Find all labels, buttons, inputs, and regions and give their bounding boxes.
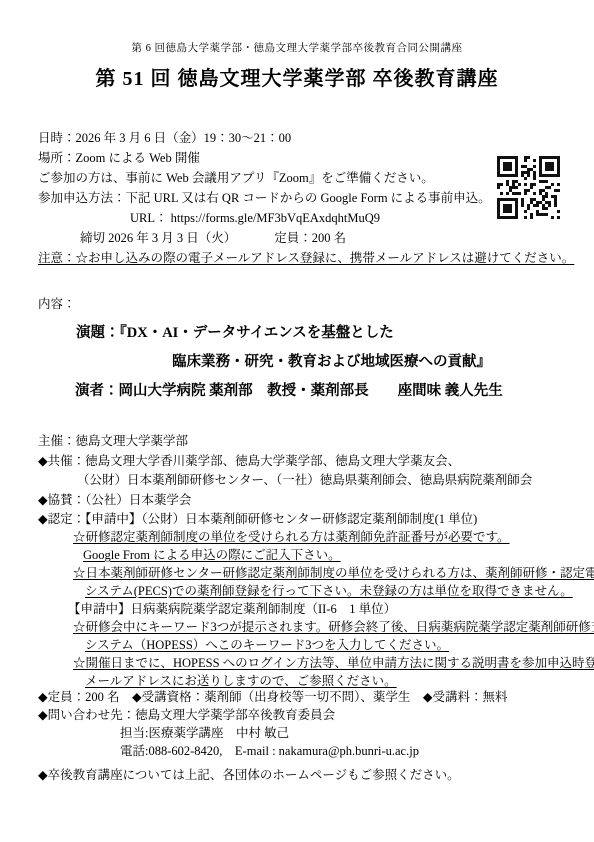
contact-section: ◆定員：200 名 ◆受講資格：薬剤師（出身校等一切不問）、薬学生 ◆受講料：無… [38,688,594,760]
supporting-organization: ◆協賛：（公社）日本薬学会 [38,491,594,511]
application-method: 参加申込方法：下記 URL 又は右 QR コードからの Google Form … [38,188,594,208]
organizers-section: 主催：徳島文理大学薬学部 ◆共催：徳島文理大学香川薬学部、徳島大学薬学部、徳島文… [38,432,594,510]
homepage-reference-note: ◆卒後教育講座については上記、各団体のホームページもご参照ください。 [38,766,594,784]
event-info-section: 日時：2026 年 3 月 6 日（金）19：30～21：00 場所：Zoom … [38,128,594,268]
jpec-certification-line: ◆認定：【申請中】（公財）日本薬剤師研修センター研修認定薬剤師制度(1 単位) [38,510,594,528]
jpec-note-license-number: ☆研修認定薬剤師制度の単位を受けられる方は薬剤師免許証番号が必要です。 [38,528,594,546]
jpec-note-google-form: Google From による申込の際にご記入下さい。 [38,546,594,564]
cohost-organizations-line2: （公財）日本薬剤師研修センター、（一社）徳島県薬剤師会、徳島県病院薬剤師会 [38,471,594,491]
certification-section: ◆認定：【申請中】（公財）日本薬剤師研修センター研修認定薬剤師制度(1 単位) … [38,510,594,690]
host-organization: 主催：徳島文理大学薬学部 [38,432,594,452]
lecture-title-line2: 臨床業務・研究・教育および地域医療への貢献』 [38,348,594,377]
event-datetime: 日時：2026 年 3 月 6 日（金）19：30～21：00 [38,128,594,148]
contact-phone-email: 電話:088-602-8420, E-mail : nakamura@ph.bu… [38,742,594,760]
email-caution-note: 注意：☆お申し込みの際の電子メールアドレス登録に、携帯メールアドレスは避けてくだ… [38,248,594,268]
lecture-title-line1: 演題：『DX・AI・データサイエンスを基盤とした [38,319,594,348]
lecture-content-section: 内容： 演題：『DX・AI・データサイエンスを基盤とした 臨床業務・研究・教育お… [38,294,594,406]
event-venue: 場所：Zoom による Web 開催 [38,148,594,168]
zoom-preparation-note: ご参加の方は、事前に Web 会議用アプリ『Zoom』をご準備ください。 [38,168,594,188]
capacity: 定員：200 名 [274,231,346,245]
application-deadline: 締切 2026 年 3 月 3 日（火） [80,231,236,245]
jpec-note-pecs-line2: システム(PECS)での薬剤師登録を行って下さい。未登録の方は単位を取得できませ… [38,582,594,600]
lecture-title-block: 演題：『DX・AI・データサイエンスを基盤とした 臨床業務・研究・教育および地域… [38,319,594,406]
series-title: 第 6 回徳島大学薬学部・徳島文理大学薬学部卒後教育合同公開講座 [0,40,594,55]
lecture-speaker: 演者：岡山大学病院 薬剤部 教授・薬剤部長 座間味 義人先生 [38,377,594,406]
inquiry-address: ◆問い合わせ先：徳島文理大学薬学部卒後教育委員会 [38,706,594,724]
jpec-note-pecs-line1: ☆日本薬剤師研修センター研修認定薬剤師制度の単位を受けられる方は、薬剤師研修・認… [38,564,594,582]
jshp-certification-line: 【申請中】日病薬病院薬学認定薬剤師制度（II-6 1 単位） [38,600,594,618]
form-url-link[interactable]: https://forms.gle/MF3bVqEAxdqhtMuQ9 [171,211,380,225]
page-title: 第 51 回 徳島文理大学薬学部 卒後教育講座 [0,62,594,91]
deadline-line: 締切 2026 年 3 月 3 日（火）定員：200 名 [38,228,594,248]
document-page: 第 6 回徳島大学薬学部・徳島文理大学薬学部卒後教育合同公開講座 第 51 回 … [0,0,594,842]
contact-person: 担当:医療薬学講座 中村 敏己 [38,724,594,742]
content-heading: 内容： [38,294,594,314]
footer-note-section: ◆卒後教育講座については上記、各団体のホームページもご参照ください。 [38,766,594,784]
jshp-note-hopess-line1: ☆開催日までに、HOPESS へのログイン方法等、単位申請方法に関する説明書を参… [38,654,594,672]
url-label: URL： [130,211,171,225]
jshp-note-keywords-line1: ☆研修会中にキーワード3つが提示されます。研修会終了後、日病薬病院薬学認定薬剤師… [38,618,594,636]
capacity-eligibility-fee-line: ◆定員：200 名 ◆受講資格：薬剤師（出身校等一切不問）、薬学生 ◆受講料：無… [38,688,594,706]
document-header: 第 6 回徳島大学薬学部・徳島文理大学薬学部卒後教育合同公開講座 第 51 回 … [0,40,594,91]
url-line: URL： https://forms.gle/MF3bVqEAxdqhtMuQ9 [38,208,594,228]
jshp-note-keywords-line2: システム（HOPESS）へこのキーワード3つを入力してください。 [38,636,594,654]
cohost-organizations-line1: ◆共催：徳島文理大学香川薬学部、徳島大学薬学部、徳島文理大学薬友会、 [38,452,594,472]
